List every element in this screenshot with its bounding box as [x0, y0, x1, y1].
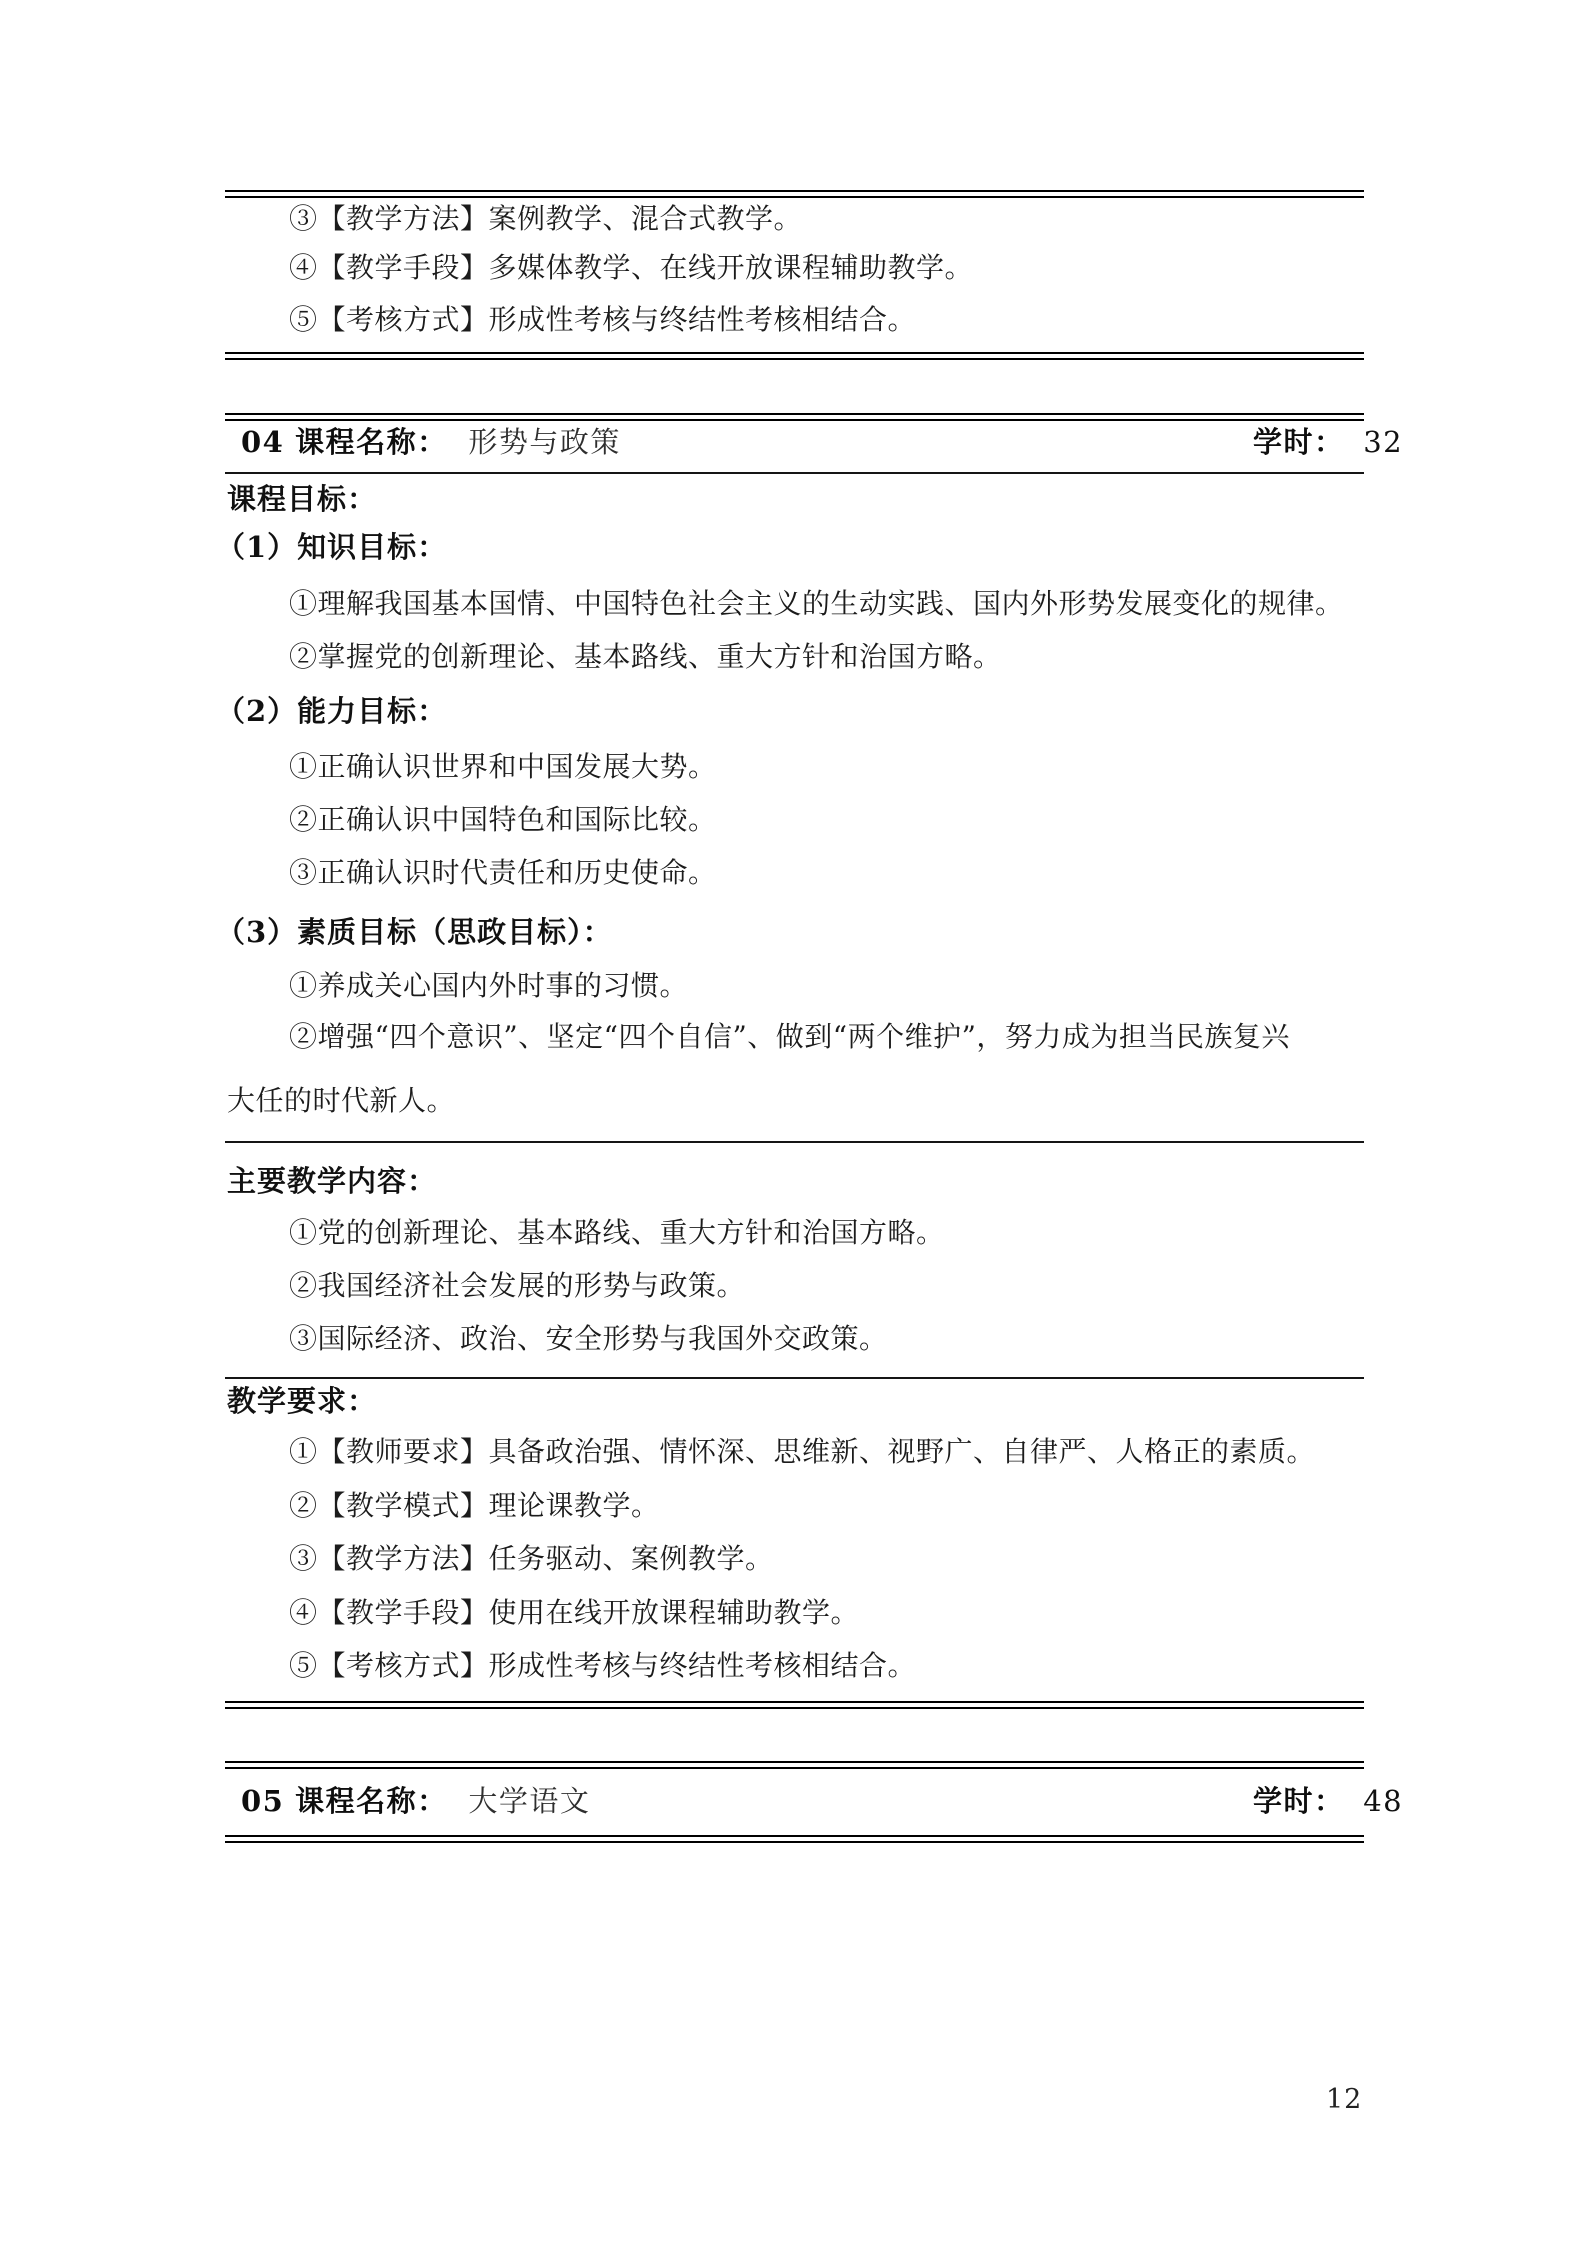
document-page: ③【教学方法】案例教学、混合式教学。 ④【教学手段】多媒体教学、在线开放课程辅助… — [0, 0, 1587, 2245]
objectives-title: 课程目标： — [227, 483, 377, 516]
section-divider-double — [225, 1701, 1364, 1709]
course-name: 形势与政策 — [468, 425, 621, 459]
list-item: ①养成关心国内外时事的习惯。 — [289, 970, 688, 1002]
course-code: 04 — [241, 425, 284, 459]
list-item: ①【教师要求】具备政治强、情怀深、思维新、视野广、自律严、人格正的素质。 — [289, 1436, 1315, 1468]
group-heading: （2）能力目标： — [216, 695, 447, 728]
list-item: ②【教学模式】理论课教学。 — [289, 1490, 660, 1522]
list-item: ②增强“四个意识”、坚定“四个自信”、做到“两个维护”，努力成为担当民族复兴 — [289, 1021, 1290, 1053]
course-header: 04 课程名称： 形势与政策 — [241, 425, 621, 459]
list-item: ③国际经济、政治、安全形势与我国外交政策。 — [289, 1323, 888, 1355]
list-item: ④【教学手段】使用在线开放课程辅助教学。 — [289, 1597, 859, 1629]
row-divider — [225, 1377, 1364, 1379]
list-item: ③正确认识时代责任和历史使命。 — [289, 857, 717, 889]
list-item: ⑤【考核方式】形成性考核与终结性考核相结合。 — [289, 1650, 916, 1682]
section-divider-double — [225, 413, 1364, 421]
section-divider-double — [225, 190, 1364, 198]
group-heading: （3）素质目标（思政目标）： — [216, 916, 613, 949]
course-name-label: 课程名称： — [295, 425, 448, 459]
list-item: ②我国经济社会发展的形势与政策。 — [289, 1270, 745, 1302]
course-code: 05 — [241, 1784, 284, 1818]
list-item: ③【教学方法】任务驱动、案例教学。 — [289, 1543, 774, 1575]
list-item: ④【教学手段】多媒体教学、在线开放课程辅助教学。 — [289, 252, 973, 284]
section-divider-double — [225, 1761, 1364, 1769]
course-hours: 学时： 32 — [1253, 425, 1403, 459]
list-item: ②掌握党的创新理论、基本路线、重大方针和治国方略。 — [289, 641, 1002, 673]
page-number: 12 — [1326, 2084, 1362, 2115]
section-divider-double — [225, 1835, 1364, 1843]
hours-label: 学时： — [1253, 1784, 1345, 1818]
row-divider — [225, 1141, 1364, 1143]
list-item: ①党的创新理论、基本路线、重大方针和治国方略。 — [289, 1217, 945, 1249]
paragraph-continuation: 大任的时代新人。 — [227, 1085, 455, 1117]
section-divider-double — [225, 352, 1364, 360]
hours-value: 32 — [1363, 425, 1403, 459]
hours-value: 48 — [1363, 1784, 1403, 1818]
list-item: ①正确认识世界和中国发展大势。 — [289, 751, 717, 783]
list-item: ③【教学方法】案例教学、混合式教学。 — [289, 203, 802, 235]
list-item: ①理解我国基本国情、中国特色社会主义的生动实践、国内外形势发展变化的规律。 — [289, 588, 1344, 620]
hours-label: 学时： — [1253, 425, 1345, 459]
requirements-title: 教学要求： — [227, 1385, 377, 1418]
content-title: 主要教学内容： — [227, 1165, 437, 1198]
list-item: ②正确认识中国特色和国际比较。 — [289, 804, 717, 836]
course-header: 05 课程名称： 大学语文 — [241, 1784, 590, 1818]
course-hours: 学时： 48 — [1253, 1784, 1403, 1818]
row-divider — [225, 472, 1364, 474]
course-name-label: 课程名称： — [295, 1784, 448, 1818]
course-name: 大学语文 — [468, 1784, 590, 1818]
group-heading: （1）知识目标： — [216, 531, 447, 564]
list-item: ⑤【考核方式】形成性考核与终结性考核相结合。 — [289, 304, 916, 336]
